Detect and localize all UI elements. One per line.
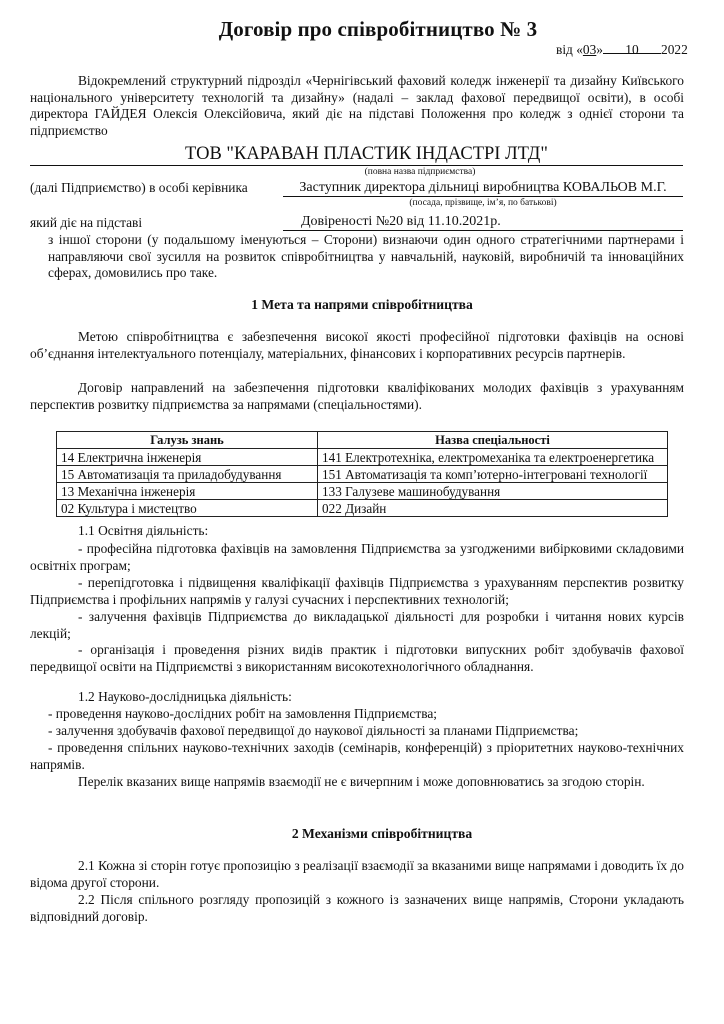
cell-specialty: 141 Електротехніка, електромеханіка та е… bbox=[318, 449, 668, 466]
cell-field: 13 Механічна інженерія bbox=[57, 483, 318, 500]
company-name: ТОВ "КАРАВАН ПЛАСТИК ІНДАСТРІ ЛТД" bbox=[30, 144, 683, 166]
section1-direction: Договір направлений на забезпечення підг… bbox=[30, 380, 684, 413]
contract-date: від «03»102022 bbox=[556, 42, 688, 58]
date-day: 03 bbox=[583, 42, 596, 57]
subsection-1-1-title: 1.1 Освітня діяльність: bbox=[30, 523, 684, 540]
clause-2-1: 2.1 Кожна зі сторін готує пропозицію з р… bbox=[30, 858, 684, 891]
table-row: 15 Автоматизація та приладобудування 151… bbox=[57, 466, 668, 483]
company-caption: (повна назва підприємства) bbox=[270, 167, 570, 177]
list-item: - проведення науково-дослідних робіт на … bbox=[30, 706, 684, 723]
clause-2-2: 2.2 Після спільного розгляду пропозицій … bbox=[30, 892, 684, 925]
basis-value: Довіреності №20 від 11.10.2021р. bbox=[283, 213, 683, 231]
cell-specialty: 133 Галузеве машинобудування bbox=[318, 483, 668, 500]
date-suffix: » bbox=[596, 42, 603, 57]
parties-paragraph: з іншої сторони (у подальшому іменуються… bbox=[48, 232, 684, 282]
section1-heading: 1 Мета та напрями співробітництва bbox=[0, 297, 724, 313]
representative-label: (далі Підприємство) в особі керівника bbox=[30, 180, 248, 196]
representative-caption: (посада, прізвище, ім’я, по батькові) bbox=[283, 198, 683, 208]
section1-purpose: Метою співробітництва є забезпечення вис… bbox=[30, 329, 684, 362]
section2-heading: 2 Механізми співробітництва bbox=[0, 826, 724, 842]
table-row: 02 Культура і мистецтво 022 Дизайн bbox=[57, 500, 668, 517]
specialties-table: Галузь знань Назва спеціальності 14 Елек… bbox=[56, 431, 668, 517]
date-year: 2022 bbox=[661, 42, 688, 57]
cell-field: 02 Культура і мистецтво bbox=[57, 500, 318, 517]
list-item: - професійна підготовка фахівців на замо… bbox=[30, 541, 684, 574]
list-item: - залучення фахівців Підприємства до вик… bbox=[30, 609, 684, 642]
date-month: 10 bbox=[603, 42, 661, 54]
cell-specialty: 151 Автоматизація та комп’ютерно-інтегро… bbox=[318, 466, 668, 483]
basis-label: який діє на підставі bbox=[30, 215, 142, 231]
section1-closing: Перелік вказаних вище напрямів взаємодії… bbox=[30, 774, 684, 791]
subsection-1-2-title: 1.2 Науково-дослідницька діяльність: bbox=[30, 689, 684, 706]
list-item: - залучення здобувачів фахової передвищо… bbox=[30, 723, 684, 740]
header-field-of-knowledge: Галузь знань bbox=[57, 432, 318, 449]
date-prefix: від « bbox=[556, 42, 583, 57]
representative-value: Заступник директора дільниці виробництва… bbox=[283, 179, 683, 197]
header-specialty: Назва спеціальності bbox=[318, 432, 668, 449]
list-item: - перепідготовка і підвищення кваліфікац… bbox=[30, 575, 684, 608]
list-item: - проведення спільних науково-технічних … bbox=[30, 740, 684, 773]
cell-field: 15 Автоматизація та приладобудування bbox=[57, 466, 318, 483]
table-header-row: Галузь знань Назва спеціальності bbox=[57, 432, 668, 449]
intro-paragraph: Відокремлений структурний підрозділ «Чер… bbox=[30, 73, 684, 139]
table-row: 13 Механічна інженерія 133 Галузеве маши… bbox=[57, 483, 668, 500]
cell-field: 14 Електрична інженерія bbox=[57, 449, 318, 466]
document-title: Договір про співробітництво № 3 bbox=[0, 17, 724, 42]
cell-specialty: 022 Дизайн bbox=[318, 500, 668, 517]
table-row: 14 Електрична інженерія 141 Електротехні… bbox=[57, 449, 668, 466]
list-item: - організація і проведення різних видів … bbox=[30, 642, 684, 675]
